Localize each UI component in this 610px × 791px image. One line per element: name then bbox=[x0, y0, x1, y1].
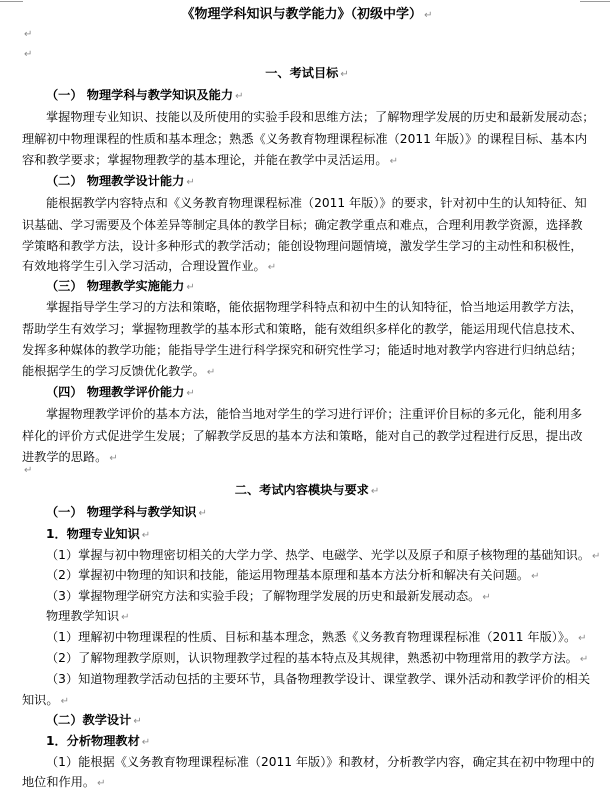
paragraph-mark-icon: ↵ bbox=[199, 508, 207, 519]
paragraph-mark-icon: ↵ bbox=[186, 388, 194, 399]
paragraph-mark-icon: ↵ bbox=[268, 262, 276, 273]
subsection-heading: （二）教学设计↵ bbox=[46, 711, 142, 731]
section-heading-1: 一、考试目标↵ bbox=[22, 64, 592, 84]
section-heading-2: 二、考试内容模块与要求↵ bbox=[22, 481, 592, 501]
paragraph-mark-icon: ↵ bbox=[235, 91, 243, 102]
page-corner-mark-left bbox=[0, 0, 23, 2]
item-heading: 物理教学知识↵ bbox=[46, 607, 130, 627]
paragraph-line: 帮助学生有效学习；掌握物理教学的基本形式和策略，能有效组织多样化的教学，能运用现… bbox=[22, 320, 583, 338]
subsection-heading: （一） 物理学科与教学知识↵ bbox=[46, 503, 207, 523]
paragraph-mark-icon: ↵ bbox=[142, 530, 150, 541]
list-item: （2）了解物理教学原则，认识物理教学过程的基本特点及其规律，熟悉初中物理常用的教… bbox=[46, 649, 588, 669]
paragraph-mark-icon: ↵ bbox=[578, 633, 586, 644]
paragraph-line: 掌握指导学生学习的方法和策略，能依据物理学科特点和初中生的认知特征，恰当地运用教… bbox=[46, 298, 582, 316]
list-item: （1）理解初中物理课程的性质、目标和基本理念，熟悉《义务教育物理课程标准（201… bbox=[46, 628, 587, 648]
paragraph-mark-icon: ↵ bbox=[24, 465, 32, 476]
paragraph-line: 进教学的思路。↵ bbox=[22, 448, 118, 468]
paragraph-mark-icon: ↵ bbox=[580, 654, 588, 665]
page-corner-mark-right bbox=[580, 0, 610, 2]
paragraph-line: 有效地将学生引入学习活动，合理设置作业。↵ bbox=[22, 257, 276, 277]
paragraph-mark-icon: ↵ bbox=[186, 282, 194, 293]
paragraph-mark-icon: ↵ bbox=[207, 367, 215, 378]
list-item-continuation: 知识。↵ bbox=[22, 691, 69, 711]
paragraph-mark-icon: ↵ bbox=[121, 612, 129, 623]
list-item: （1）掌握与初中物理密切相关的大学力学、热学、电磁学、光学以及原子和原子核物理的… bbox=[46, 546, 600, 566]
paragraph-mark-icon: ↵ bbox=[133, 716, 141, 727]
paragraph-line: 掌握物理教学评价的基本方法，能恰当地对学生的学习进行评价；注重评价目标的多元化，… bbox=[46, 405, 582, 423]
item-heading: 1．物理专业知识↵ bbox=[46, 525, 150, 545]
list-item: （2）掌握初中物理的知识和技能，能运用物理基本原理和基本方法分析和解决有关问题。… bbox=[46, 566, 539, 586]
subsection-heading: （一） 物理学科与教学知识及能力↵ bbox=[46, 86, 243, 106]
list-item: （3）掌握物理学研究方法和实验手段；了解物理学发展的历史和最新发展动态。↵ bbox=[46, 587, 491, 607]
paragraph-line: 学策略和教学方法，设计多种形式的教学活动；能创设物理问题情境，激发学生学习的主动… bbox=[22, 237, 583, 255]
list-item-continuation: 地位和作用。↵ bbox=[22, 773, 106, 791]
empty-paragraph: ↵ bbox=[22, 24, 32, 44]
subsection-heading: （三） 物理教学实施能力↵ bbox=[46, 277, 195, 297]
empty-paragraph: ↵ bbox=[22, 460, 32, 480]
paragraph-mark-icon: ↵ bbox=[61, 696, 69, 707]
document-title: 《物理学科知识与教学能力》（初级中学）↵ bbox=[22, 6, 592, 25]
paragraph-mark-icon: ↵ bbox=[371, 486, 379, 497]
paragraph-line: 能根据教学内容特点和《义务教育物理课程标准（2011 年版）》的要求，针对初中生… bbox=[46, 194, 587, 212]
paragraph-mark-icon: ↵ bbox=[186, 177, 194, 188]
list-item: （1）能根据《义务教育物理课程标准（2011 年版）》和教材，分析教学内容，确定… bbox=[46, 753, 594, 771]
item-heading: 1．分析物理教材↵ bbox=[46, 732, 150, 752]
paragraph-mark-icon: ↵ bbox=[109, 453, 117, 464]
subsection-heading: （二） 物理教学设计能力↵ bbox=[46, 172, 195, 192]
empty-paragraph: ↵ bbox=[22, 44, 32, 64]
paragraph-mark-icon: ↵ bbox=[340, 69, 348, 80]
paragraph-mark-icon: ↵ bbox=[424, 10, 432, 21]
paragraph-mark-icon: ↵ bbox=[24, 49, 32, 60]
paragraph-line: 识基础、学习需要及个体差异等制定具体的教学目标；确定教学重点和难点，合理利用教学… bbox=[22, 216, 583, 234]
paragraph-mark-icon: ↵ bbox=[97, 778, 105, 789]
paragraph-line: 容和教学要求；掌握物理教学的基本理论，并能在教学中灵活运用。↵ bbox=[22, 151, 398, 171]
paragraph-line: 发挥多种媒体的教学功能；能指导学生进行科学探究和研究性学习；能适时地对教学内容进… bbox=[22, 341, 583, 359]
subsection-heading: （四） 物理教学评价能力↵ bbox=[46, 383, 195, 403]
paragraph-line: 样化的评价方式促进学生发展；了解教学反思的基本方法和策略，能对自己的教学过程进行… bbox=[22, 427, 583, 445]
paragraph-mark-icon: ↵ bbox=[531, 571, 539, 582]
paragraph-line: 掌握物理专业知识、技能以及所使用的实验手段和思维方法；了解物理学发展的历史和最新… bbox=[46, 108, 594, 126]
paragraph-mark-icon: ↵ bbox=[390, 156, 398, 167]
list-item: （3）知道物理教学活动包括的主要环节，具备物理教学设计、课堂教学、课外活动和教学… bbox=[46, 670, 590, 688]
paragraph-mark-icon: ↵ bbox=[24, 29, 32, 40]
paragraph-mark-icon: ↵ bbox=[592, 551, 600, 562]
paragraph-mark-icon: ↵ bbox=[142, 737, 150, 748]
paragraph-mark-icon: ↵ bbox=[482, 592, 490, 603]
paragraph-line: 理解初中物理课程的性质和基本理念；熟悉《义务教育物理课程标准（2011 年版）》… bbox=[22, 130, 587, 148]
paragraph-line: 能根据学生的学习反馈优化教学。↵ bbox=[22, 362, 215, 382]
